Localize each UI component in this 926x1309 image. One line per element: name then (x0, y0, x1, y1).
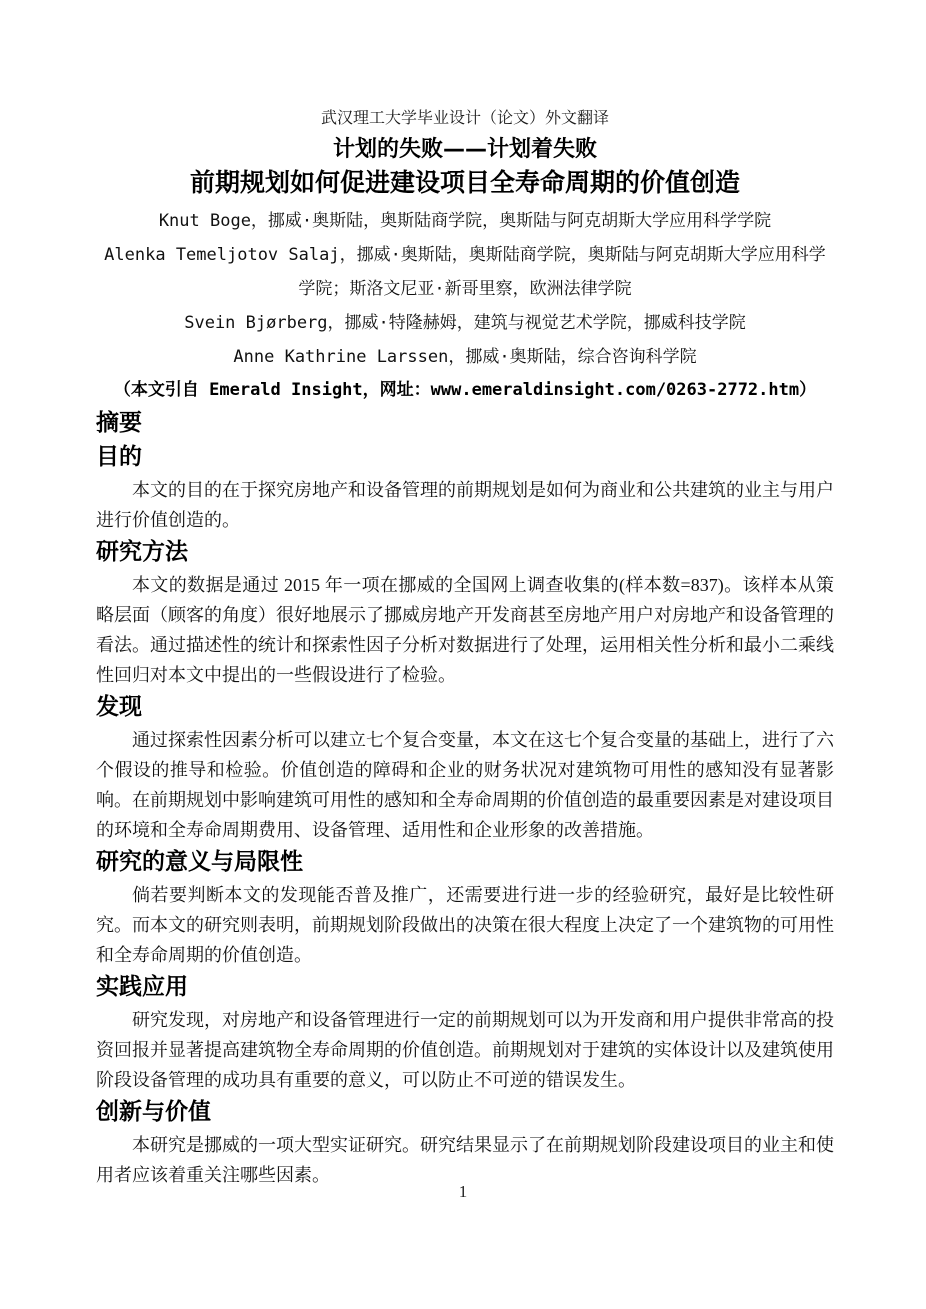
paragraph-purpose: 本文的目的在于探究房地产和设备管理的前期规划是如何为商业和公共建筑的业主与用户进… (96, 475, 834, 535)
section-heading-originality-value: 创新与价值 (96, 1096, 834, 1129)
document-page: 武汉理工大学毕业设计（论文）外文翻译 计划的失败——计划着失败 前期规划如何促进… (0, 0, 926, 1309)
author-line-4: Anne Kathrine Larssen，挪威·奥斯陆，综合咨询科学院 (96, 340, 834, 374)
section-heading-findings: 发现 (96, 691, 834, 724)
section-heading-abstract: 摘要 (96, 407, 834, 440)
author-line-2: Alenka Temeljotov Salaj，挪威·奥斯陆，奥斯陆商学院，奥斯… (96, 238, 834, 306)
section-heading-purpose: 目的 (96, 441, 834, 474)
section-heading-practical-application: 实践应用 (96, 971, 834, 1004)
author-line-1: Knut Boge，挪威·奥斯陆，奥斯陆商学院，奥斯陆与阿克胡斯大学应用科学学院 (96, 204, 834, 238)
citation-line: （本文引自 Emerald Insight，网址：www.emeraldinsi… (96, 374, 834, 406)
section-heading-implications-limitations: 研究的意义与局限性 (96, 846, 834, 879)
paragraph-implications-limitations: 倘若要判断本文的发现能否普及推广，还需要进行进一步的经验研究，最好是比较性研究。… (96, 880, 834, 970)
paragraph-methodology: 本文的数据是通过 2015 年一项在挪威的全国网上调查收集的(样本数=837)。… (96, 570, 834, 690)
title-line-1: 计划的失败——计划着失败 (96, 134, 834, 166)
paragraph-findings: 通过探索性因素分析可以建立七个复合变量，本文在这七个复合变量的基础上，进行了六个… (96, 725, 834, 845)
paragraph-practical-application: 研究发现，对房地产和设备管理进行一定的前期规划可以为开发商和用户提供非常高的投资… (96, 1005, 834, 1095)
section-heading-methodology: 研究方法 (96, 536, 834, 569)
document-header: 武汉理工大学毕业设计（论文）外文翻译 (96, 108, 834, 130)
page-number: 1 (0, 1182, 926, 1202)
author-line-3: Svein Bjørberg，挪威·特隆赫姆，建筑与视觉艺术学院，挪威科技学院 (96, 306, 834, 340)
title-line-2: 前期规划如何促进建设项目全寿命周期的价值创造 (96, 166, 834, 200)
paragraph-originality-value: 本研究是挪威的一项大型实证研究。研究结果显示了在前期规划阶段建设项目的业主和使用… (96, 1130, 834, 1190)
author-block: Knut Boge，挪威·奥斯陆，奥斯陆商学院，奥斯陆与阿克胡斯大学应用科学学院… (96, 204, 834, 374)
